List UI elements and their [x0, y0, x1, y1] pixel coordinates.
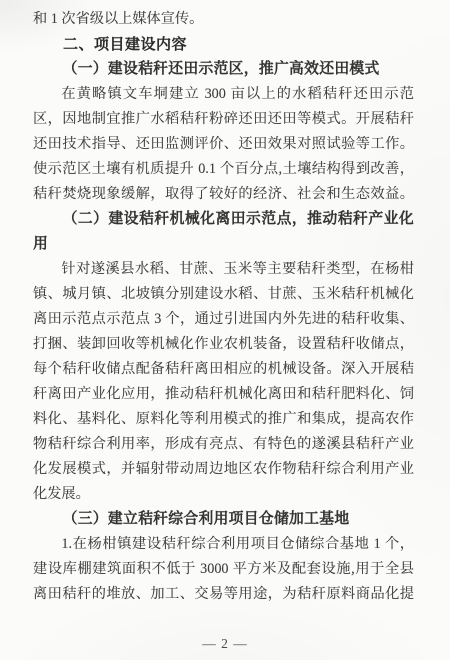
- paragraph-line: 在黄略镇文车垌建立 300 亩以上的水稻秸秆还田示范: [33, 82, 414, 107]
- paragraph-line: 离田示范点示范点 3 个，通过引进国内外先进的秸秆收集、: [33, 307, 414, 332]
- paragraph-line: 秸秆焚烧现象缓解，取得了较好的经济、社会和生态效益。: [33, 182, 414, 207]
- paragraph-line: 每个秸秆收储点配备秸秆离田相应的机械设备。深入开展秸: [33, 357, 414, 382]
- page-number: — 2 —: [0, 636, 450, 652]
- subsection-heading-2-cont: 用: [33, 232, 414, 257]
- paragraph-line: 1.在杨柑镇建设秸秆综合利用项目仓储综合基地 1 个，: [33, 532, 414, 557]
- section-heading-2: 二、项目建设内容: [33, 32, 414, 57]
- paragraph-line: 区，因地制宜推广水稻秸秆粉碎还田还田等模式。开展秸秆: [33, 107, 414, 132]
- subsection-heading-1: （一）建设秸秆还田示范区，推广高效还田模式: [33, 57, 414, 82]
- paragraph-line: 离田秸秆的堆放、加工、交易等用途，为秸秆原料商品化提: [33, 582, 414, 607]
- paragraph-line: 化发展。: [33, 482, 414, 507]
- paragraph-line: 化发展模式，并辐射带动周边地区农作物秸秆综合利用产业: [33, 457, 414, 482]
- paragraph-line: 镇、城月镇、北坡镇分别建设水稻、甘蔗、玉米秸秆机械化: [33, 282, 414, 307]
- paragraph-line: 物秸秆综合利用率，形成有亮点、有特色的遂溪县秸秆产业: [33, 432, 414, 457]
- paragraph-line: 秆离田产业化应用，推动秸秆机械化离田和秸秆肥料化、饲: [33, 382, 414, 407]
- paragraph-line: 和 1 次省级以上媒体宣传。: [33, 7, 414, 32]
- paragraph-line: 针对遂溪县水稻、甘蔗、玉米等主要秸秆类型，在杨柑: [33, 257, 414, 282]
- paragraph-line: 料化、基料化、原料化等利用模式的推广和集成，提高农作: [33, 407, 414, 432]
- paragraph-line: 打捆、装卸回收等机械化作业农机装备，设置秸秆收储点，: [33, 332, 414, 357]
- document-page: 和 1 次省级以上媒体宣传。 二、项目建设内容 （一）建设秸秆还田示范区，推广高…: [0, 0, 450, 660]
- paragraph-line: 建设库棚建筑面积不低于 3000 平方米及配套设施,用于全县: [33, 557, 414, 582]
- paragraph-line: 使示范区土壤有机质提升 0.1 个百分点,土壤结构得到改善，: [33, 157, 414, 182]
- paragraph-line: 还田技术指导、还田监测评价、还田效果对照试验等工作。: [33, 132, 414, 157]
- subsection-heading-2: （二）建设秸秆机械化离田示范点，推动秸秆产业化利: [33, 207, 414, 232]
- subsection-heading-3: （三）建立秸秆综合利用项目仓储加工基地: [33, 507, 414, 532]
- document-body: 和 1 次省级以上媒体宣传。 二、项目建设内容 （一）建设秸秆还田示范区，推广高…: [33, 7, 414, 607]
